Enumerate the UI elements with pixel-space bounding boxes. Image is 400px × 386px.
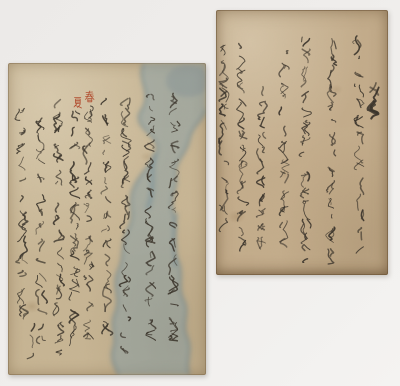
calligraphy-stroke xyxy=(102,229,107,232)
calligraphy-stroke xyxy=(150,106,153,111)
calligraphy-stroke xyxy=(151,94,154,100)
calligraphy-stroke xyxy=(334,41,336,49)
spring-marker xyxy=(86,91,95,102)
calligraphy-stroke xyxy=(42,336,46,340)
calligraphy-stroke xyxy=(20,236,27,258)
calligraphy-column xyxy=(326,39,337,264)
calligraphy-stroke xyxy=(17,290,23,304)
calligraphy-column xyxy=(256,87,267,249)
calligraphy-stroke xyxy=(87,284,91,291)
calligraphy-stroke xyxy=(58,263,63,272)
calligraphy-stroke xyxy=(36,259,44,263)
calligraphy-stroke xyxy=(303,259,308,263)
calligraphy-stroke xyxy=(15,109,20,120)
calligraphy-stroke xyxy=(279,107,281,115)
calligraphy-stroke xyxy=(121,333,126,338)
calligraphy-stroke xyxy=(37,195,46,212)
calligraphy-stroke xyxy=(88,334,93,340)
calligraphy-stroke xyxy=(38,174,41,182)
calligraphy-stroke xyxy=(57,248,63,259)
calligraphy-stroke xyxy=(42,291,47,303)
calligraphy-stroke xyxy=(169,258,176,274)
calligraphy-stroke xyxy=(174,176,177,181)
calligraphy-stroke xyxy=(120,99,128,106)
calligraphy-stroke xyxy=(170,161,180,181)
calligraphy-stroke xyxy=(56,350,62,355)
calligraphy-column xyxy=(27,324,34,359)
calligraphy-stroke xyxy=(172,334,178,339)
calligraphy-column xyxy=(36,118,48,344)
calligraphy-stroke xyxy=(258,117,260,120)
calligraphy-stroke xyxy=(168,193,178,209)
calligraphy-stroke xyxy=(123,230,125,233)
calligraphy-stroke xyxy=(262,87,264,96)
calligraphy-stroke xyxy=(23,212,28,224)
calligraphy-stroke xyxy=(124,161,128,177)
calligraphy-stroke xyxy=(239,44,242,49)
calligraphy-stroke xyxy=(171,304,179,306)
calligraphy-stroke xyxy=(148,143,154,148)
calligraphy-stroke xyxy=(224,161,228,165)
calligraphy-column xyxy=(53,100,64,355)
right-manuscript-page xyxy=(216,10,388,275)
calligraphy-stroke xyxy=(237,56,245,69)
calligraphy-stroke xyxy=(27,353,33,358)
calligraphy-stroke xyxy=(302,37,303,42)
calligraphy-stroke xyxy=(287,51,288,54)
calligraphy-stroke xyxy=(150,320,156,329)
calligraphy-stroke xyxy=(56,181,58,184)
right-page-calligraphy xyxy=(216,10,388,275)
calligraphy-stroke xyxy=(54,100,60,108)
calligraphy-stroke xyxy=(304,245,310,250)
calligraphy-stroke xyxy=(356,247,363,253)
calligraphy-stroke xyxy=(60,274,65,286)
calligraphy-stroke xyxy=(238,197,249,205)
calligraphy-stroke xyxy=(127,98,130,109)
calligraphy-stroke xyxy=(53,216,58,225)
calligraphy-stroke xyxy=(354,36,359,55)
calligraphy-stroke xyxy=(263,147,265,152)
calligraphy-stroke xyxy=(108,226,110,231)
calligraphy-stroke xyxy=(360,178,364,194)
calligraphy-stroke xyxy=(357,194,361,210)
left-manuscript-page xyxy=(8,63,206,375)
calligraphy-column xyxy=(168,93,180,340)
calligraphy-column xyxy=(15,108,28,319)
calligraphy-stroke xyxy=(89,106,94,118)
calligraphy-stroke xyxy=(302,245,305,251)
calligraphy-stroke xyxy=(280,222,283,227)
calligraphy-stroke xyxy=(39,224,40,227)
calligraphy-stroke xyxy=(263,132,266,138)
spring-marker-stroke xyxy=(86,96,94,97)
calligraphy-stroke xyxy=(240,147,246,161)
calligraphy-stroke xyxy=(281,239,287,247)
calligraphy-stroke xyxy=(260,237,263,248)
calligraphy-stroke xyxy=(359,85,363,97)
title-calligraphy xyxy=(368,83,379,119)
calligraphy-stroke xyxy=(39,324,44,329)
calligraphy-stroke xyxy=(299,152,303,156)
calligraphy-stroke xyxy=(171,123,176,126)
calligraphy-stroke xyxy=(239,227,243,235)
calligraphy-stroke xyxy=(169,179,171,188)
calligraphy-stroke xyxy=(261,195,263,201)
calligraphy-stroke xyxy=(303,201,310,220)
calligraphy-stroke xyxy=(38,309,47,314)
calligraphy-stroke xyxy=(257,178,265,188)
calligraphy-stroke xyxy=(38,134,44,150)
calligraphy-stroke xyxy=(219,218,227,231)
calligraphy-stroke xyxy=(330,106,333,110)
calligraphy-stroke xyxy=(128,277,130,282)
summer-marker-stroke xyxy=(76,99,81,103)
calligraphy-stroke xyxy=(76,224,78,230)
calligraphy-stroke xyxy=(87,276,92,285)
calligraphy-stroke xyxy=(72,127,75,135)
calligraphy-stroke xyxy=(31,324,34,331)
calligraphy-stroke xyxy=(123,305,126,311)
calligraphy-stroke xyxy=(18,271,23,274)
calligraphy-stroke xyxy=(104,214,105,219)
calligraphy-column xyxy=(144,94,155,340)
calligraphy-stroke xyxy=(359,56,360,58)
calligraphy-stroke xyxy=(279,67,284,77)
calligraphy-stroke xyxy=(106,271,111,289)
calligraphy-stroke xyxy=(307,219,311,228)
calligraphy-stroke xyxy=(70,188,80,199)
calligraphy-stroke xyxy=(20,178,26,181)
calligraphy-stroke xyxy=(258,135,263,148)
calligraphy-stroke xyxy=(303,39,309,46)
calligraphy-stroke xyxy=(148,189,152,197)
manuscript-photo xyxy=(0,0,400,386)
calligraphy-stroke xyxy=(331,65,334,73)
calligraphy-stroke xyxy=(327,181,335,192)
calligraphy-stroke xyxy=(106,197,111,203)
calligraphy-stroke xyxy=(19,157,25,170)
calligraphy-stroke xyxy=(40,149,44,152)
calligraphy-column xyxy=(82,106,93,339)
calligraphy-stroke xyxy=(83,238,90,251)
calligraphy-stroke xyxy=(84,276,86,280)
calligraphy-stroke xyxy=(38,239,42,244)
calligraphy-stroke xyxy=(55,216,56,220)
calligraphy-stroke xyxy=(103,150,105,154)
calligraphy-stroke xyxy=(240,83,243,89)
calligraphy-stroke xyxy=(224,179,229,191)
calligraphy-stroke xyxy=(39,273,46,281)
calligraphy-stroke xyxy=(119,276,127,287)
calligraphy-column xyxy=(219,45,229,232)
calligraphy-stroke xyxy=(122,145,129,156)
calligraphy-stroke xyxy=(260,102,264,106)
calligraphy-stroke xyxy=(55,203,58,212)
calligraphy-stroke xyxy=(149,117,155,124)
calligraphy-stroke xyxy=(146,330,155,340)
calligraphy-stroke xyxy=(148,297,149,306)
calligraphy-stroke xyxy=(305,121,307,123)
calligraphy-stroke xyxy=(284,126,286,136)
calligraphy-column xyxy=(278,51,289,247)
calligraphy-stroke xyxy=(36,276,42,288)
calligraphy-stroke xyxy=(39,159,45,164)
spring-marker-stroke xyxy=(87,94,94,95)
calligraphy-stroke xyxy=(103,287,111,311)
calligraphy-stroke xyxy=(54,230,64,242)
calligraphy-stroke xyxy=(303,95,306,103)
calligraphy-stroke xyxy=(107,212,110,218)
calligraphy-stroke xyxy=(103,241,106,247)
calligraphy-stroke xyxy=(257,149,263,162)
calligraphy-stroke xyxy=(285,174,289,183)
calligraphy-stroke xyxy=(169,319,178,332)
calligraphy-stroke xyxy=(106,213,107,218)
calligraphy-stroke xyxy=(60,323,63,327)
calligraphy-stroke xyxy=(76,111,80,114)
calligraphy-stroke xyxy=(353,40,356,44)
calligraphy-stroke xyxy=(36,149,41,158)
calligraphy-stroke xyxy=(260,118,264,128)
calligraphy-stroke xyxy=(73,176,74,181)
calligraphy-stroke xyxy=(172,208,176,213)
calligraphy-stroke xyxy=(69,292,72,300)
calligraphy-stroke xyxy=(124,244,130,254)
calligraphy-stroke xyxy=(18,224,27,242)
calligraphy-column xyxy=(237,44,249,251)
calligraphy-stroke xyxy=(36,337,39,344)
calligraphy-column xyxy=(69,111,80,346)
left-page-calligraphy xyxy=(8,63,206,375)
calligraphy-stroke xyxy=(222,106,228,108)
calligraphy-stroke xyxy=(58,336,62,342)
calligraphy-stroke xyxy=(91,264,94,266)
calligraphy-stroke xyxy=(70,251,79,260)
calligraphy-stroke xyxy=(177,121,180,126)
calligraphy-stroke xyxy=(172,127,178,133)
calligraphy-stroke xyxy=(128,317,130,321)
calligraphy-stroke xyxy=(84,204,89,213)
calligraphy-stroke xyxy=(69,279,79,292)
calligraphy-stroke xyxy=(30,335,33,348)
calligraphy-stroke xyxy=(283,94,286,96)
calligraphy-stroke xyxy=(38,121,44,129)
calligraphy-stroke xyxy=(330,249,333,256)
summer-marker xyxy=(74,98,82,109)
calligraphy-column xyxy=(101,98,113,335)
calligraphy-stroke xyxy=(357,99,361,108)
calligraphy-stroke xyxy=(302,108,312,117)
calligraphy-stroke xyxy=(257,238,261,249)
calligraphy-stroke xyxy=(238,118,244,129)
calligraphy-stroke xyxy=(331,214,332,218)
calligraphy-stroke xyxy=(105,254,109,265)
calligraphy-stroke xyxy=(354,84,355,86)
calligraphy-stroke xyxy=(105,284,112,293)
calligraphy-column xyxy=(299,37,311,262)
calligraphy-stroke xyxy=(301,137,310,143)
calligraphy-stroke xyxy=(145,206,151,218)
calligraphy-stroke xyxy=(124,108,130,124)
calligraphy-stroke xyxy=(87,304,92,311)
calligraphy-stroke xyxy=(301,81,306,87)
calligraphy-stroke xyxy=(146,266,154,275)
calligraphy-stroke xyxy=(122,263,127,277)
calligraphy-stroke xyxy=(87,216,92,222)
calligraphy-stroke xyxy=(262,176,264,185)
calligraphy-stroke xyxy=(36,290,39,305)
calligraphy-stroke xyxy=(20,196,23,202)
calligraphy-column xyxy=(119,98,131,353)
calligraphy-stroke xyxy=(105,177,107,184)
calligraphy-stroke xyxy=(331,119,336,122)
calligraphy-stroke xyxy=(101,98,106,104)
calligraphy-stroke xyxy=(107,239,111,248)
calligraphy-stroke xyxy=(120,214,125,228)
calligraphy-stroke xyxy=(101,186,107,194)
calligraphy-stroke xyxy=(334,150,336,156)
calligraphy-stroke xyxy=(224,206,227,215)
calligraphy-stroke xyxy=(70,326,76,338)
calligraphy-stroke xyxy=(84,320,91,331)
calligraphy-stroke xyxy=(237,103,244,122)
calligraphy-column xyxy=(353,36,364,253)
calligraphy-stroke xyxy=(146,95,149,97)
calligraphy-stroke xyxy=(169,108,176,114)
